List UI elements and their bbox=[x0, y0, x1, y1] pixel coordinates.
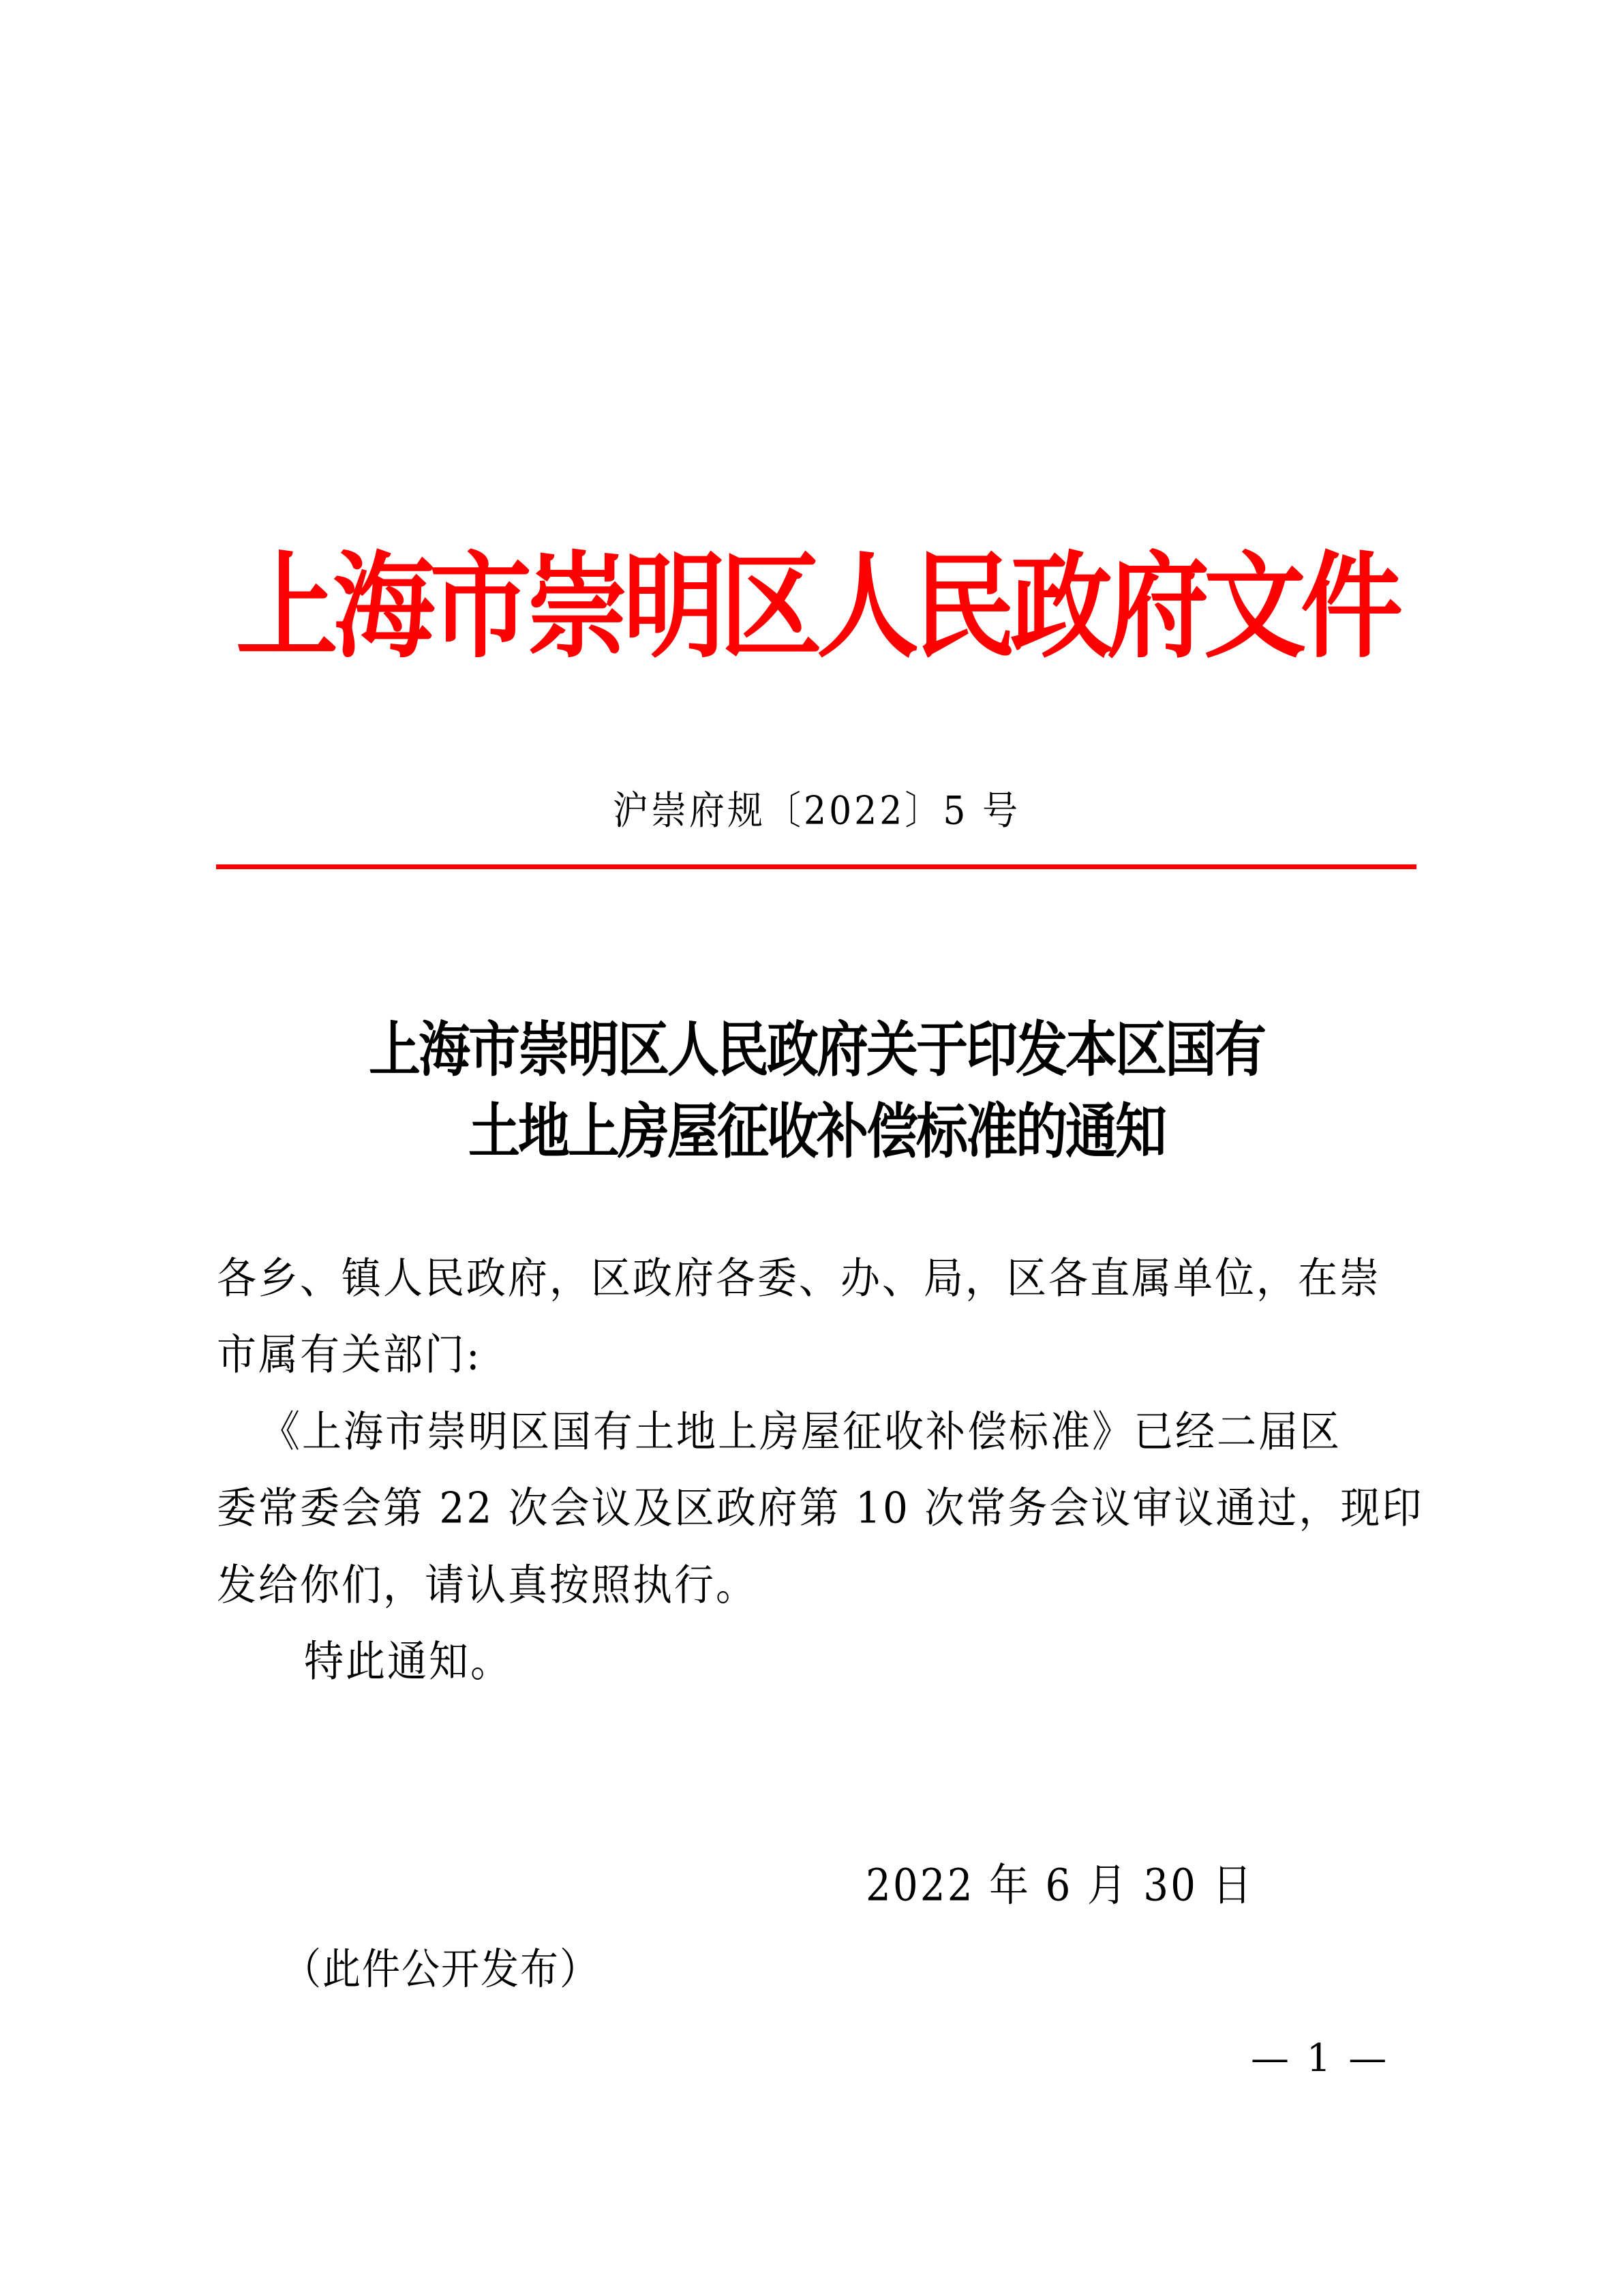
document-title-line-1: 上海市崇明区人民政府关于印发本区国有 bbox=[217, 1007, 1416, 1093]
addressee-line-2: 市属有关部门: bbox=[217, 1318, 1430, 1391]
document-number: 沪崇府规〔2022〕5 号 bbox=[217, 781, 1416, 841]
body-paragraph-line-2: 委常委会第 22 次会议及区政府第 10 次常务会议审议通过，现印 bbox=[217, 1471, 1430, 1545]
document-masthead: 上海市崇明区人民政府文件 bbox=[217, 530, 1416, 683]
closing-line: 特此通知。 bbox=[304, 1625, 1517, 1698]
document-page: { "header": { "masthead": "上海市崇明区人民政府文件"… bbox=[0, 0, 1623, 2296]
public-release-note: （此件公开发布） bbox=[283, 1932, 599, 2008]
red-divider-rule bbox=[216, 864, 1416, 869]
body-paragraph-line-1: 《上海市崇明区国有土地上房屋征收补偿标准》已经二届区 bbox=[260, 1395, 1474, 1468]
issue-date: 2022 年 6 月 30 日 bbox=[866, 1847, 1254, 1923]
addressee-line-1: 各乡、镇人民政府，区政府各委、办、局，区各直属单位，在崇 bbox=[217, 1241, 1430, 1315]
body-paragraph-line-3: 发给你们，请认真按照执行。 bbox=[217, 1548, 1430, 1622]
document-title-line-2: 土地上房屋征收补偿标准的通知 bbox=[217, 1089, 1416, 1175]
page-number: — 1 — bbox=[1251, 2031, 1389, 2086]
